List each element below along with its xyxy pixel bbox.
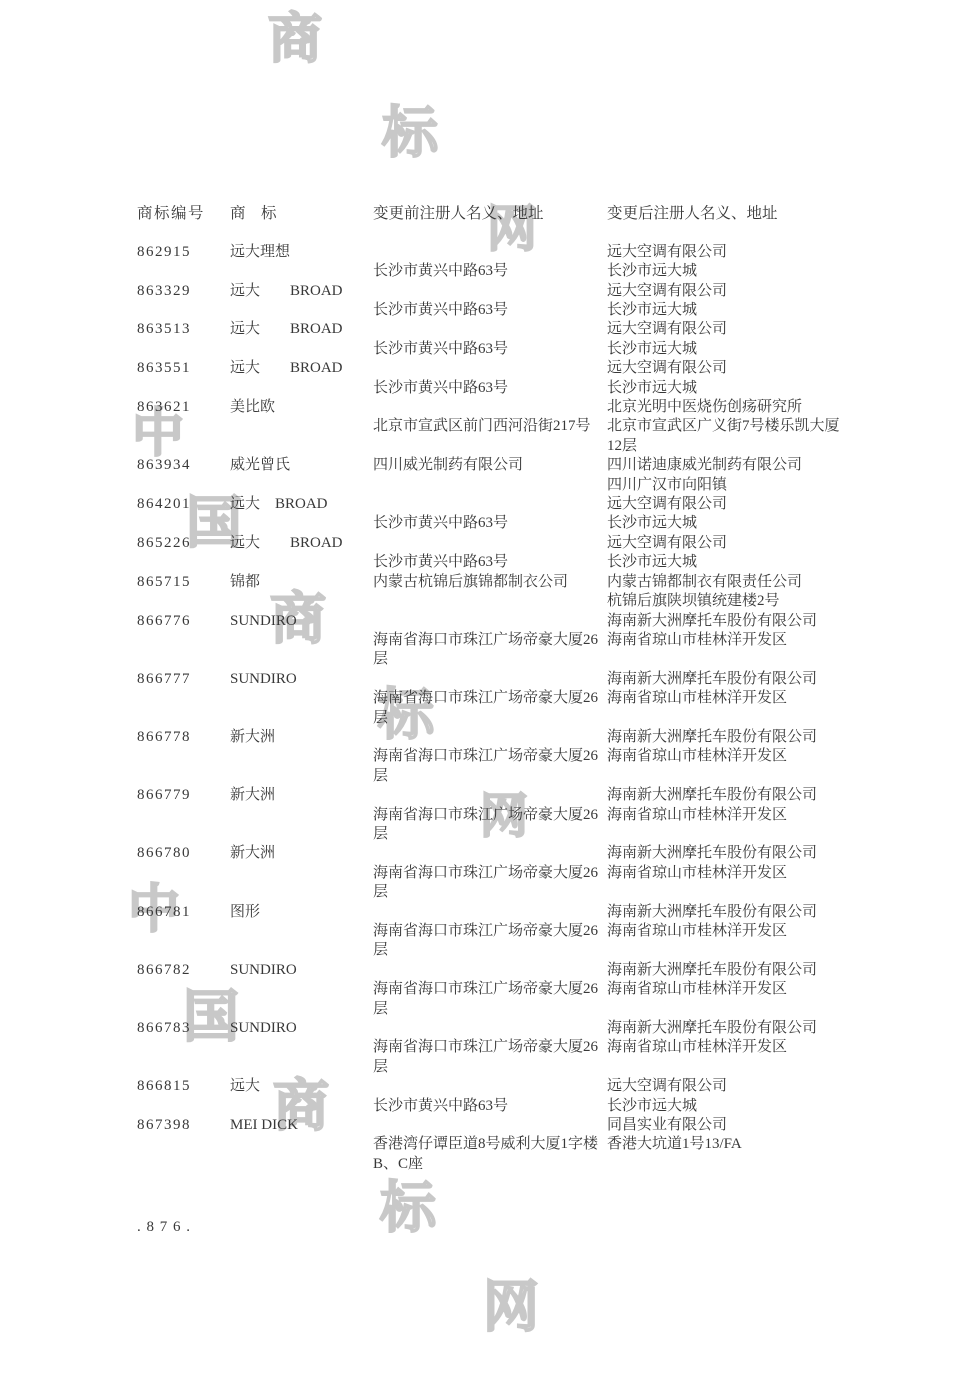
before-registrant-cell: 北京市宣武区前门西河沿街217号 [373,398,607,437]
after-registrant-cell: 远大空调有限公司长沙市远大城 [607,495,853,534]
watermark-glyph: 商 [268,12,322,66]
before-line: 层 [373,1000,607,1019]
before-registrant-cell: 海南省海口市珠江广场帝豪大厦26层 [373,844,607,902]
trademark-name: 图形 [230,903,373,922]
before-registrant-cell: 海南省海口市珠江广场帝豪大厦26层 [373,670,607,728]
trademark-name: 远大 BROAD [230,495,373,514]
trademark-number: 866776 [137,612,230,631]
before-registrant-cell: 内蒙古杭锦后旗锦都制衣公司 [373,573,607,592]
before-line [373,1077,607,1096]
before-registrant-cell: 长沙市黄兴中路63号 [373,320,607,359]
after-line: 长沙市远大城 [607,301,853,320]
table-row: 866782 SUNDIRO 海南省海口市珠江广场帝豪大厦26层 海南新大洲摩托… [137,961,853,1019]
before-registrant-cell: 四川威光制药有限公司 [373,456,607,475]
after-line: 远大空调有限公司 [607,320,853,339]
table-row: 867398 MEI DICK 香港湾仔谭臣道8号威利大厦1字楼B、C座 同昌实… [137,1116,853,1174]
after-registrant-cell: 北京光明中医烧伤创疡研究所北京市宣武区广义街7号楼乐凯大厦12层 [607,398,853,456]
after-line: 海南省琼山市桂林洋开发区 [607,864,853,883]
header-trademark-number: 商标编号 [137,204,230,223]
trademark-number: 866778 [137,728,230,747]
before-line: 长沙市黄兴中路63号 [373,340,607,359]
before-line: 海南省海口市珠江广场帝豪大厦26 [373,980,607,999]
after-line: 海南省琼山市桂林洋开发区 [607,689,853,708]
before-line [373,495,607,514]
before-line [373,670,607,689]
before-registrant-cell: 长沙市黄兴中路63号 [373,282,607,321]
before-line: 海南省海口市珠江广场帝豪大厦26 [373,689,607,708]
watermark-glyph: 标 [380,1181,436,1237]
table-row: 865715 锦都 内蒙古杭锦后旗锦都制衣公司 内蒙古锦都制衣有限责任公司杭锦后… [137,573,853,612]
table-row: 865226 远大 BROAD 长沙市黄兴中路63号 远大空调有限公司长沙市远大… [137,534,853,573]
table-row: 864201 远大 BROAD 长沙市黄兴中路63号 远大空调有限公司长沙市远大… [137,495,853,534]
before-registrant-cell: 长沙市黄兴中路63号 [373,495,607,534]
after-line: 远大空调有限公司 [607,243,853,262]
trademark-number: 866783 [137,1019,230,1038]
after-line: 海南新大洲摩托车股份有限公司 [607,1019,853,1038]
before-line: 长沙市黄兴中路63号 [373,301,607,320]
after-registrant-cell: 海南新大洲摩托车股份有限公司海南省琼山市桂林洋开发区 [607,961,853,1000]
before-registrant-cell: 海南省海口市珠江广场帝豪大厦26层 [373,1019,607,1077]
after-line: 远大空调有限公司 [607,282,853,301]
before-line [373,320,607,339]
trademark-number: 863551 [137,359,230,378]
trademark-name: 新大洲 [230,728,373,747]
after-line: 远大空调有限公司 [607,359,853,378]
after-registrant-cell: 远大空调有限公司长沙市远大城 [607,243,853,282]
after-registrant-cell: 远大空调有限公司长沙市远大城 [607,534,853,573]
watermark-glyph: 标 [382,106,438,162]
trademark-number: 866781 [137,903,230,922]
after-line: 长沙市远大城 [607,1097,853,1116]
before-line [373,961,607,980]
header-gap [137,223,853,242]
before-line: 海南省海口市珠江广场帝豪大厦26 [373,747,607,766]
before-line: 海南省海口市珠江广场帝豪大厦26 [373,806,607,825]
before-line [373,534,607,553]
before-line: 长沙市黄兴中路63号 [373,262,607,281]
before-registrant-cell: 海南省海口市珠江广场帝豪大厦26层 [373,903,607,961]
after-line: 12层 [607,437,853,456]
after-line: 北京市宣武区广义街7号楼乐凯大厦 [607,417,853,436]
after-line: 长沙市远大城 [607,514,853,533]
trademark-number: 866779 [137,786,230,805]
before-line: 北京市宣武区前门西河沿街217号 [373,417,607,436]
table-row: 866776 SUNDIRO 海南省海口市珠江广场帝豪大厦26层 海南新大洲摩托… [137,612,853,670]
before-registrant-cell: 海南省海口市珠江广场帝豪大厦26层 [373,786,607,844]
before-line: 海南省海口市珠江广场帝豪大厦26 [373,631,607,650]
after-line: 长沙市远大城 [607,262,853,281]
after-registrant-cell: 海南新大洲摩托车股份有限公司海南省琼山市桂林洋开发区 [607,1019,853,1058]
table-row: 866783 SUNDIRO 海南省海口市珠江广场帝豪大厦26层 海南新大洲摩托… [137,1019,853,1077]
trademark-number: 863934 [137,456,230,475]
before-line [373,903,607,922]
table-row: 863934 威光曾氏 四川威光制药有限公司 四川诺迪康威光制药有限公司四川广汉… [137,456,853,495]
table-row: 866778 新大洲 海南省海口市珠江广场帝豪大厦26层 海南新大洲摩托车股份有… [137,728,853,786]
after-registrant-cell: 四川诺迪康威光制药有限公司四川广汉市向阳镇 [607,456,853,495]
trademark-number: 866777 [137,670,230,689]
before-registrant-cell: 长沙市黄兴中路63号 [373,1077,607,1116]
watermark-glyph: 网 [483,1280,539,1336]
after-line: 远大空调有限公司 [607,1077,853,1096]
after-registrant-cell: 远大空调有限公司长沙市远大城 [607,320,853,359]
before-registrant-cell: 海南省海口市珠江广场帝豪大厦26层 [373,728,607,786]
before-line: B、C座 [373,1155,607,1174]
before-registrant-cell: 海南省海口市珠江广场帝豪大厦26层 [373,961,607,1019]
before-registrant-cell: 长沙市黄兴中路63号 [373,534,607,573]
table-row: 863513 远大 BROAD 长沙市黄兴中路63号 远大空调有限公司长沙市远大… [137,320,853,359]
before-line: 四川威光制药有限公司 [373,456,607,475]
after-line: 海南省琼山市桂林洋开发区 [607,980,853,999]
after-line: 同昌实业有限公司 [607,1116,853,1135]
header-before-registrant: 变更前注册人名义、地址 [373,204,607,223]
after-line: 海南新大洲摩托车股份有限公司 [607,844,853,863]
trademark-number: 864201 [137,495,230,514]
after-line: 海南新大洲摩托车股份有限公司 [607,903,853,922]
before-registrant-cell: 长沙市黄兴中路63号 [373,243,607,282]
after-registrant-cell: 海南新大洲摩托车股份有限公司海南省琼山市桂林洋开发区 [607,670,853,709]
before-line [373,1019,607,1038]
trademark-name: 远大 BROAD [230,320,373,339]
after-line: 海南省琼山市桂林洋开发区 [607,922,853,941]
trademark-name: 美比欧 [230,398,373,417]
after-registrant-cell: 海南新大洲摩托车股份有限公司海南省琼山市桂林洋开发区 [607,844,853,883]
trademark-number: 863621 [137,398,230,417]
after-line: 海南新大洲摩托车股份有限公司 [607,728,853,747]
before-line: 海南省海口市珠江广场帝豪大厦26 [373,922,607,941]
after-line: 香港大坑道1号13/FA [607,1135,853,1154]
before-line: 层 [373,825,607,844]
after-registrant-cell: 远大空调有限公司长沙市远大城 [607,359,853,398]
header-trademark: 商 标 [230,204,373,223]
trademark-number: 866780 [137,844,230,863]
after-registrant-cell: 海南新大洲摩托车股份有限公司海南省琼山市桂林洋开发区 [607,786,853,825]
after-registrant-cell: 远大空调有限公司长沙市远大城 [607,1077,853,1116]
before-line [373,243,607,262]
before-line [373,728,607,747]
before-line: 香港湾仔谭臣道8号威利大厦1字楼 [373,1135,607,1154]
table-row: 863551 远大 BROAD 长沙市黄兴中路63号 远大空调有限公司长沙市远大… [137,359,853,398]
before-registrant-cell: 长沙市黄兴中路63号 [373,359,607,398]
before-line [373,612,607,631]
after-registrant-cell: 海南新大洲摩托车股份有限公司海南省琼山市桂林洋开发区 [607,903,853,942]
table-row: 866780 新大洲 海南省海口市珠江广场帝豪大厦26层 海南新大洲摩托车股份有… [137,844,853,902]
after-line: 长沙市远大城 [607,340,853,359]
after-registrant-cell: 同昌实业有限公司香港大坑道1号13/FA [607,1116,853,1155]
table-row: 866779 新大洲 海南省海口市珠江广场帝豪大厦26层 海南新大洲摩托车股份有… [137,786,853,844]
header-after-registrant: 变更后注册人名义、地址 [607,204,853,223]
trademark-number: 866782 [137,961,230,980]
after-registrant-cell: 内蒙古锦都制衣有限责任公司杭锦后旗陕坝镇统建楼2号 [607,573,853,612]
after-line: 海南新大洲摩托车股份有限公司 [607,961,853,980]
trademark-number: 863513 [137,320,230,339]
trademark-name: 锦都 [230,573,373,592]
after-line: 长沙市远大城 [607,553,853,572]
table-row: 866777 SUNDIRO 海南省海口市珠江广场帝豪大厦26层 海南新大洲摩托… [137,670,853,728]
trademark-name: 远大 [230,1077,373,1096]
table-header-row: 商标编号 商 标 变更前注册人名义、地址 变更后注册人名义、地址 [137,204,853,223]
table-row: 866781 图形 海南省海口市珠江广场帝豪大厦26层 海南新大洲摩托车股份有限… [137,903,853,961]
record-list: 862915 远大理想 长沙市黄兴中路63号 远大空调有限公司长沙市远大城 86… [137,243,853,1174]
table-row: 862915 远大理想 长沙市黄兴中路63号 远大空调有限公司长沙市远大城 [137,243,853,282]
before-line [373,359,607,378]
trademark-number: 867398 [137,1116,230,1135]
before-line: 层 [373,709,607,728]
after-line: 海南省琼山市桂林洋开发区 [607,631,853,650]
after-line: 杭锦后旗陕坝镇统建楼2号 [607,592,853,611]
after-line: 海南新大洲摩托车股份有限公司 [607,612,853,631]
after-line: 海南省琼山市桂林洋开发区 [607,1038,853,1057]
trademark-name: 威光曾氏 [230,456,373,475]
after-line: 内蒙古锦都制衣有限责任公司 [607,573,853,592]
trademark-name: 新大洲 [230,786,373,805]
before-line: 内蒙古杭锦后旗锦都制衣公司 [373,573,607,592]
trademark-number: 865715 [137,573,230,592]
after-line: 远大空调有限公司 [607,495,853,514]
trademark-number: 863329 [137,282,230,301]
trademark-name: SUNDIRO [230,961,373,980]
after-registrant-cell: 海南新大洲摩托车股份有限公司海南省琼山市桂林洋开发区 [607,612,853,651]
before-line: 海南省海口市珠江广场帝豪大厦26 [373,1038,607,1057]
before-line: 层 [373,883,607,902]
before-line: 长沙市黄兴中路63号 [373,379,607,398]
trademark-name: SUNDIRO [230,670,373,689]
before-registrant-cell: 海南省海口市珠江广场帝豪大厦26层 [373,612,607,670]
after-line: 远大空调有限公司 [607,534,853,553]
after-line: 海南新大洲摩托车股份有限公司 [607,670,853,689]
after-line: 四川诺迪康威光制药有限公司 [607,456,853,475]
trademark-name: SUNDIRO [230,612,373,631]
before-line [373,844,607,863]
page-number: . 8 7 6 . [137,1219,191,1236]
trademark-name: 远大 BROAD [230,282,373,301]
table-row: 863621 美比欧 北京市宣武区前门西河沿街217号 北京光明中医烧伤创疡研究… [137,398,853,456]
before-line: 海南省海口市珠江广场帝豪大厦26 [373,864,607,883]
after-line: 长沙市远大城 [607,379,853,398]
after-line: 海南省琼山市桂林洋开发区 [607,747,853,766]
trademark-number: 866815 [137,1077,230,1096]
trademark-name: 远大 BROAD [230,534,373,553]
trademark-name: 新大洲 [230,844,373,863]
before-line [373,282,607,301]
before-line [373,1116,607,1135]
after-registrant-cell: 远大空调有限公司长沙市远大城 [607,282,853,321]
after-line: 海南省琼山市桂林洋开发区 [607,806,853,825]
before-line: 层 [373,650,607,669]
before-line: 层 [373,767,607,786]
table-row: 866815 远大 长沙市黄兴中路63号 远大空调有限公司长沙市远大城 [137,1077,853,1116]
after-registrant-cell: 海南新大洲摩托车股份有限公司海南省琼山市桂林洋开发区 [607,728,853,767]
after-line: 北京光明中医烧伤创疡研究所 [607,398,853,417]
before-line [373,786,607,805]
after-line: 四川广汉市向阳镇 [607,476,853,495]
table-row: 863329 远大 BROAD 长沙市黄兴中路63号 远大空调有限公司长沙市远大… [137,282,853,321]
before-line: 长沙市黄兴中路63号 [373,1097,607,1116]
before-line: 层 [373,1058,607,1077]
gazette-page: 商标网中国商标网中国商标网 商标编号 商 标 变更前注册人名义、地址 变更后注册… [0,0,980,1400]
before-line: 长沙市黄兴中路63号 [373,514,607,533]
trademark-number: 865226 [137,534,230,553]
trademark-name: MEI DICK [230,1116,373,1135]
before-line: 层 [373,941,607,960]
trademark-name: SUNDIRO [230,1019,373,1038]
trademark-change-table: 商标编号 商 标 变更前注册人名义、地址 变更后注册人名义、地址 862915 … [137,204,853,1174]
trademark-name: 远大理想 [230,243,373,262]
trademark-number: 862915 [137,243,230,262]
trademark-name: 远大 BROAD [230,359,373,378]
before-line [373,398,607,417]
before-registrant-cell: 香港湾仔谭臣道8号威利大厦1字楼B、C座 [373,1116,607,1174]
before-line: 长沙市黄兴中路63号 [373,553,607,572]
after-line: 海南新大洲摩托车股份有限公司 [607,786,853,805]
